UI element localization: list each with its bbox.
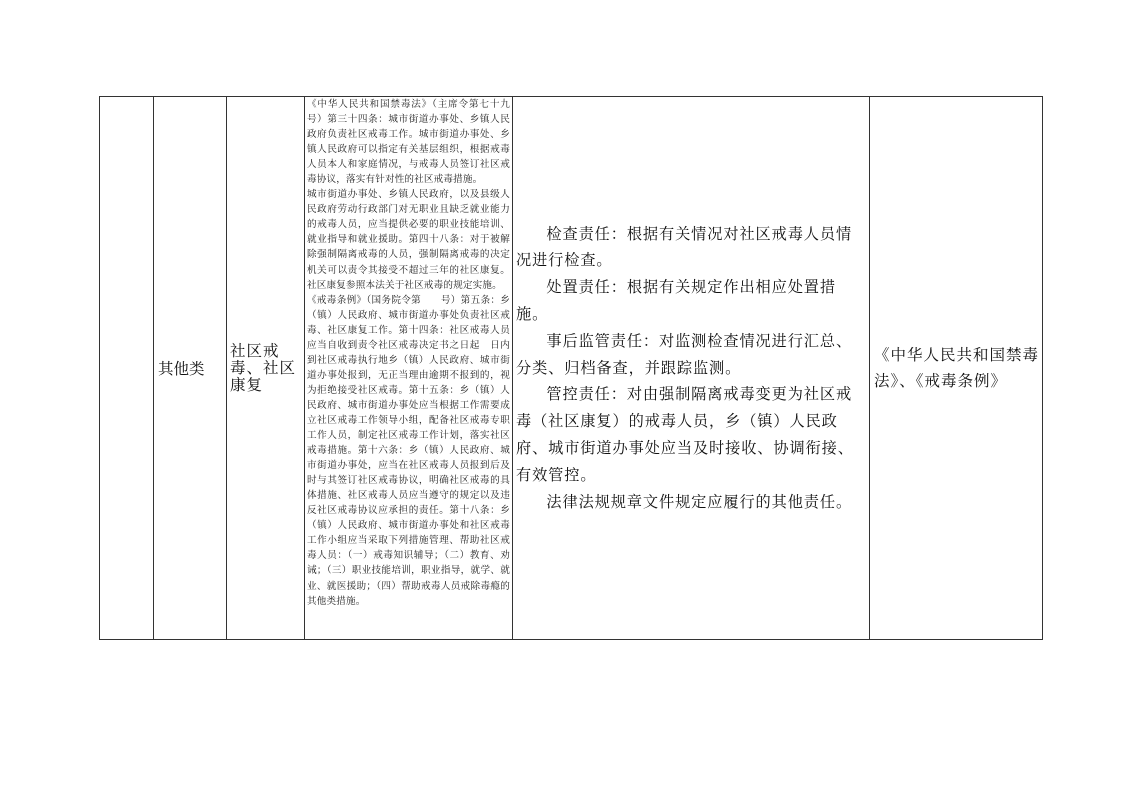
basis-cell: 《中华人民共和国禁毒法》、《戒毒条例》 — [870, 97, 1043, 639]
item-name-text: 社区戒毒、社区康复 — [227, 343, 302, 394]
responsibility-table: 其他类 社区戒毒、社区康复 《中华人民共和国禁毒法》（主席令第七十九号）第三十四… — [99, 96, 1043, 640]
responsibility-item: 检查责任：根据有关情况对社区戒毒人员情况进行检查。 — [516, 221, 866, 275]
item-name-cell: 社区戒毒、社区康复 — [227, 97, 305, 639]
responsibilities-list: 检查责任：根据有关情况对社区戒毒人员情况进行检查。 处置责任：根据有关规定作出相… — [513, 221, 869, 516]
legal-basis-cell: 《中华人民共和国禁毒法》（主席令第七十九号）第三十四条：城市街道办事处、乡镇人民… — [305, 97, 513, 639]
responsibility-item: 法律法规规章文件规定应履行的其他责任。 — [516, 489, 866, 516]
legal-paragraph: 《戒毒条例》（国务院令第 号）第五条：乡（镇）人民政府、城市街道办事处负责社区戒… — [307, 293, 510, 609]
basis-text: 《中华人民共和国禁毒法》、《戒毒条例》 — [870, 342, 1043, 395]
responsibility-item: 事后监管责任：对监测检查情况进行汇总、分类、归档备查，并跟踪监测。 — [516, 328, 866, 382]
responsibility-item: 处置责任：根据有关规定作出相应处置措施。 — [516, 274, 866, 328]
index-cell — [100, 97, 154, 639]
responsibilities-cell: 检查责任：根据有关情况对社区戒毒人员情况进行检查。 处置责任：根据有关规定作出相… — [513, 97, 870, 639]
responsibility-item: 管控责任：对由强制隔离戒毒变更为社区戒毒（社区康复）的戒毒人员，乡（镇）人民政府… — [516, 381, 866, 488]
legal-basis-text: 《中华人民共和国禁毒法》（主席令第七十九号）第三十四条：城市街道办事处、乡镇人民… — [307, 97, 510, 609]
category-text: 其他类 — [154, 357, 205, 379]
legal-paragraph: 城市街道办事处、乡镇人民政府，以及县级人民政府劳动行政部门对无职业且缺乏就业能力… — [307, 187, 510, 292]
legal-paragraph: 《中华人民共和国禁毒法》（主席令第七十九号）第三十四条：城市街道办事处、乡镇人民… — [307, 97, 510, 187]
category-cell: 其他类 — [154, 97, 227, 639]
